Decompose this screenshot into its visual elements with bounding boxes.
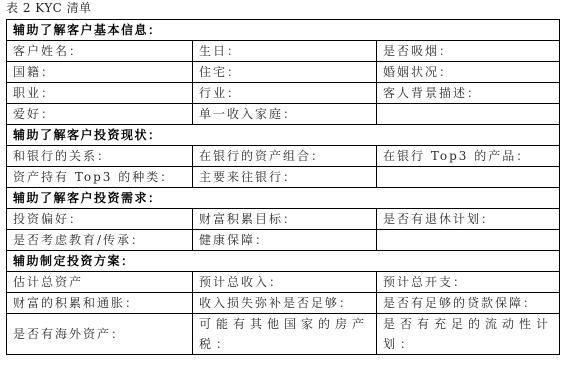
section-title-investment-needs: 辅助了解客户投资需求：	[7, 188, 560, 209]
field-bank-portfolio: 在银行的资产组合：	[193, 146, 377, 167]
field-residence: 住宅：	[193, 62, 377, 83]
section-header-row: 辅助制定投资方案：	[7, 251, 560, 272]
section-header-row: 辅助了解客户投资需求：	[7, 188, 560, 209]
field-hobbies: 爱好：	[7, 104, 193, 125]
field-income-loss-coverage: 收入损失弥补是否足够：	[193, 293, 377, 314]
table-row: 职业： 行业： 客人背景描述：	[7, 83, 560, 104]
field-birthday: 生日：	[193, 41, 377, 62]
empty-cell	[377, 104, 560, 125]
field-education-inheritance: 是否考虑教育/传承：	[7, 230, 193, 251]
table-row: 投资偏好： 财富积累目标： 是否有退休计划：	[7, 209, 560, 230]
field-liquidity-plan: 是否有充足的流动性计划：	[377, 314, 560, 355]
field-top3-asset-types: 资产持有 Top3 的种类：	[7, 167, 193, 188]
section-title-investment-status: 辅助了解客户投资现状：	[7, 125, 560, 146]
table-row: 是否考虑教育/传承： 健康保障：	[7, 230, 560, 251]
table-row: 爱好： 单一收入家庭：	[7, 104, 560, 125]
table-row: 客户姓名： 生日： 是否吸烟：	[7, 41, 560, 62]
table-row: 估计总资产 预计总收入： 预计总开支：	[7, 272, 560, 293]
field-bank-top3-products: 在银行 Top3 的产品：	[377, 146, 560, 167]
field-smoker: 是否吸烟：	[377, 41, 560, 62]
empty-cell	[377, 167, 560, 188]
field-estimated-assets: 估计总资产	[7, 272, 193, 293]
field-nationality: 国籍：	[7, 62, 193, 83]
field-foreign-property-tax: 可能有其他国家的房产税：	[193, 314, 377, 355]
table-row: 和银行的关系： 在银行的资产组合： 在银行 Top3 的产品：	[7, 146, 560, 167]
field-investment-preference: 投资偏好：	[7, 209, 193, 230]
section-header-row: 辅助了解客户基本信息：	[7, 20, 560, 41]
field-loan-protection: 是否有足够的贷款保障：	[377, 293, 560, 314]
table-row: 财富的积累和通胀： 收入损失弥补是否足够： 是否有足够的贷款保障：	[7, 293, 560, 314]
field-occupation: 职业：	[7, 83, 193, 104]
table-row: 资产持有 Top3 的种类： 主要来往银行：	[7, 167, 560, 188]
table-row: 是否有海外资产： 可能有其他国家的房产税： 是否有充足的流动性计划：	[7, 314, 560, 355]
field-main-banks: 主要来往银行：	[193, 167, 377, 188]
field-wealth-inflation: 财富的积累和通胀：	[7, 293, 193, 314]
field-customer-name: 客户姓名：	[7, 41, 193, 62]
field-expected-income: 预计总收入：	[193, 272, 377, 293]
field-industry: 行业：	[193, 83, 377, 104]
field-marital-status: 婚姻状况：	[377, 62, 560, 83]
field-wealth-goal: 财富积累目标：	[193, 209, 377, 230]
field-background: 客人背景描述：	[377, 83, 560, 104]
section-header-row: 辅助了解客户投资现状：	[7, 125, 560, 146]
field-single-income: 单一收入家庭：	[193, 104, 377, 125]
kyc-table: 辅助了解客户基本信息： 客户姓名： 生日： 是否吸烟： 国籍： 住宅： 婚姻状况…	[6, 19, 560, 355]
field-overseas-assets: 是否有海外资产：	[7, 314, 193, 355]
field-health-coverage: 健康保障：	[193, 230, 377, 251]
field-bank-relationship: 和银行的关系：	[7, 146, 193, 167]
table-row: 国籍： 住宅： 婚姻状况：	[7, 62, 560, 83]
field-expected-expenses: 预计总开支：	[377, 272, 560, 293]
table-caption: 表 2 KYC 清单	[6, 1, 92, 15]
field-retirement-plan: 是否有退休计划：	[377, 209, 560, 230]
section-title-investment-plan: 辅助制定投资方案：	[7, 251, 560, 272]
section-title-basic-info: 辅助了解客户基本信息：	[7, 20, 560, 41]
empty-cell	[377, 230, 560, 251]
